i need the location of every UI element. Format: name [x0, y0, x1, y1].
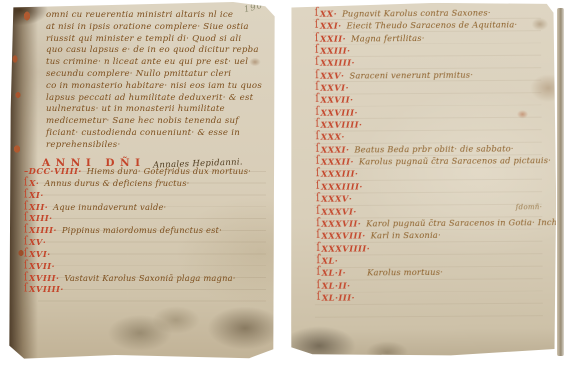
annal-entry: XVIII·Vastavit Karolus Saxoniā plaga mag… [24, 273, 251, 285]
annal-entry: XIII· [24, 213, 251, 225]
annal-year: XVI· [29, 249, 51, 259]
annal-text: Aque inundaverunt valde· [53, 202, 166, 212]
annal-year: XXVII· [320, 95, 353, 105]
manuscript-spread: 190 omni cu reuerentia ministri altaris … [0, 0, 566, 366]
annal-year: XV· [29, 237, 46, 247]
annal-year: XXXV· [321, 194, 352, 204]
body-text-line: riussit qui minister e templi di· Quod s… [46, 34, 272, 46]
body-text-line: reprehensibiles· [46, 140, 272, 152]
annal-year: XX· [320, 9, 337, 19]
annal-text: Magna fertilitas· [351, 33, 425, 44]
annal-year: XIIII· [29, 225, 57, 235]
annal-year: XII· [29, 202, 48, 212]
annal-year: XXXIIII· [321, 181, 363, 191]
annal-year: XL·II· [322, 280, 351, 290]
annal-text: Karl in Saxonia· [371, 230, 441, 240]
annal-entry: XIIII·Pippinus maiordomus defunctus est· [24, 225, 251, 237]
annal-entry: XVI· [24, 249, 251, 261]
year-flourish-icon [317, 265, 322, 279]
annal-text: Karol pugnaũ c̄tra Saracenos in Gotia· I… [366, 217, 562, 228]
annal-year: XXXIII· [321, 169, 358, 179]
annal-text: Karolus mortuus· [367, 267, 443, 278]
year-flourish-icon [316, 191, 321, 205]
annal-text: Pippinus maiordomus defunctus est· [62, 225, 222, 235]
annal-year: XXXII· [321, 157, 354, 167]
annal-year: XVIII· [29, 273, 59, 283]
body-text-line: omni cu reuerentia ministri altaris nl i… [46, 10, 272, 22]
body-text-line: lapsus peccati ad humilitate deduxerit· … [46, 93, 272, 105]
annal-year: XXXVII· [321, 218, 361, 228]
annal-year: XL·III· [322, 292, 355, 302]
annal-year: XXX· [321, 132, 345, 142]
annal-year: XXXI· [321, 144, 350, 154]
body-text-line: medicemetur· Sane hec nobis tenenda suf [46, 116, 272, 128]
annal-year: XXXVI· [321, 206, 357, 216]
body-text-block: omni cu reuerentia ministri altaris nl i… [46, 10, 272, 152]
body-text-line: uulneratus· ut in monasterii humilitate [46, 104, 272, 116]
annal-entry: XII·Aque inundaverunt valde· [24, 202, 251, 214]
annal-text: Annus durus & deficiens fructus· [44, 178, 189, 188]
annal-year: XXI· [320, 21, 342, 31]
annal-year: XL·I· [322, 268, 347, 278]
annal-text: Hiems dura· Gotefridus dux mortuus· [87, 166, 251, 176]
annal-entry: X·Annus durus & deficiens fructus· [24, 178, 251, 190]
annal-year: XXV· [320, 70, 344, 80]
next-leaf-fore-edge [557, 8, 564, 356]
margin-note: ſdomn̄· [516, 203, 543, 211]
annal-text: Karolus pugnaũ c̄tra Saracenos ad pictau… [359, 155, 551, 166]
annal-text: Beatus Beda prbr obiit· die sabbato· [354, 143, 513, 154]
annal-entry: –DCC·VIIII·Hiems dura· Gotefridus dux mo… [24, 166, 251, 178]
annal-entries-left: –DCC·VIIII·Hiems dura· Gotefridus dux mo… [24, 166, 251, 296]
annal-entry: XL·III· [317, 291, 563, 305]
annal-entry: XVIIII· [24, 284, 251, 296]
manuscript-page-right: XX·Pugnavit Karolus contra Saxones· XXI·… [289, 2, 557, 358]
year-flourish-icon [317, 290, 322, 304]
annal-year: XVII· [29, 261, 55, 271]
manuscript-page-left: 190 omni cu reuerentia ministri altaris … [8, 2, 276, 360]
annal-entry: XV· [24, 237, 251, 249]
annal-entries-right: XX·Pugnavit Karolus contra Saxones· XXI·… [315, 7, 563, 305]
annal-year: XXII· [320, 33, 346, 43]
annal-year: XI· [29, 190, 44, 200]
annal-entry: XVII· [24, 261, 251, 273]
annal-text: Vastavit Karolus Saxoniā plaga magna· [64, 273, 235, 283]
annal-year: XVIIII· [29, 284, 64, 294]
annal-year: XXIIII· [320, 58, 355, 68]
annal-year: XXVI· [320, 83, 349, 93]
annal-year: XXVIII· [320, 107, 357, 117]
year-flourish-icon [24, 282, 29, 296]
annal-year: XXXVIIII· [321, 243, 370, 253]
body-text-line: tus crimine· n liceat ante eu qui pre es… [46, 57, 272, 69]
annal-year: –DCC·VIIII· [24, 166, 82, 176]
body-text-line: quo casu lapsus e· de in eo quod dicitur… [46, 45, 272, 57]
annal-year: XL· [322, 255, 339, 265]
annal-entry: XI· [24, 190, 251, 202]
annal-year: XXVIIII· [321, 120, 363, 130]
body-text-line: ficiant· custodienda conueniunt· & esse … [46, 128, 272, 140]
annal-text: Saraceni venerunt primitus· [349, 69, 473, 80]
year-flourish-icon [316, 228, 321, 242]
body-text-line: co in monasterio habitare· nisi eos iam … [46, 81, 272, 93]
annal-year: XXXVIII· [321, 231, 365, 241]
annal-year: XXIII· [320, 46, 350, 56]
body-text-line: secundu complere· Nullo pmittatur cleri [46, 69, 272, 81]
annal-year: XIII· [29, 213, 52, 223]
annal-year: X· [29, 178, 39, 188]
annal-text: Pugnavit Karolus contra Saxones· [342, 8, 491, 19]
annal-text: Eiecit Theudo Saracenos de Aquitania· [347, 20, 518, 31]
body-text-line: at nisi in ipsis oratione complere· Siue… [46, 22, 272, 34]
